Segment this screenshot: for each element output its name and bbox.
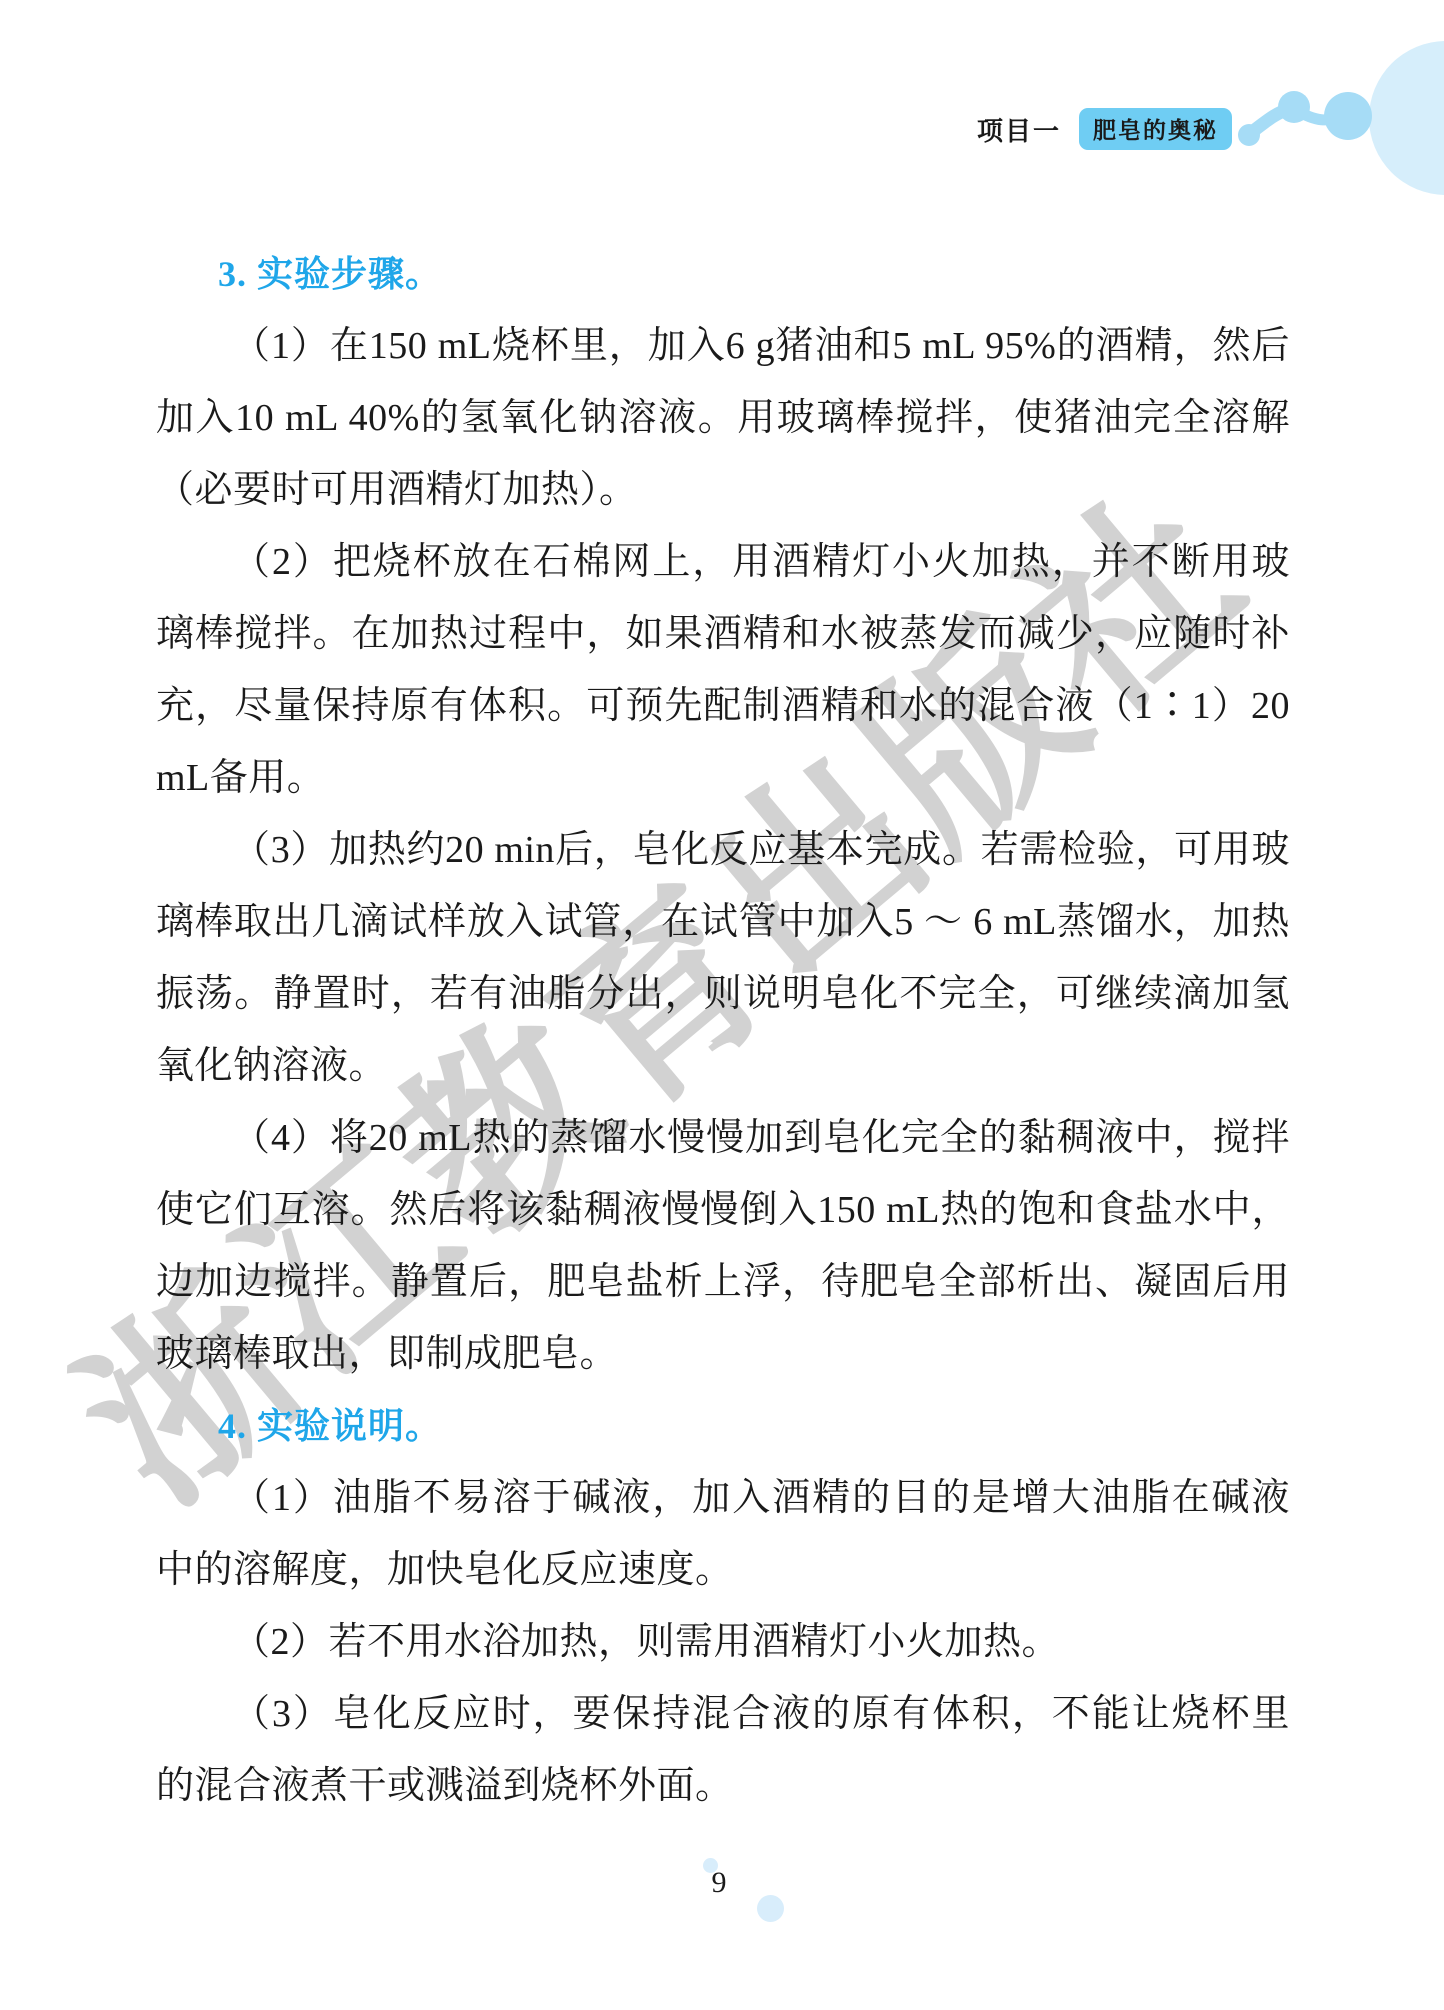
section-heading-experiment-notes: 4. 实验说明。: [156, 1390, 1290, 1462]
dot-decoration-large-icon: [757, 1895, 784, 1922]
paragraph-step-2: （2）把烧杯放在石棉网上，用酒精灯小火加热，并不断用玻璃棒搅拌。在加热过程中，如…: [156, 526, 1290, 814]
project-label: 项目一: [977, 111, 1061, 148]
paragraph-note-1: （1）油脂不易溶于碱液，加入酒精的目的是增大油脂在碱液中的溶解度，加快皂化反应速…: [156, 1462, 1290, 1606]
bubble-decoration-icon: [1230, 28, 1444, 198]
section-heading-experiment-steps: 3. 实验步骤。: [156, 238, 1290, 310]
textbook-page: 项目一 肥皂的奥秘 浙江教育出版社 3. 实验步骤。 （1）在150 mL烧杯里…: [0, 0, 1444, 2010]
page-content: 3. 实验步骤。 （1）在150 mL烧杯里，加入6 g猪油和5 mL 95%的…: [156, 238, 1290, 1822]
paragraph-note-2: （2）若不用水浴加热，则需用酒精灯小火加热。: [156, 1606, 1290, 1678]
paragraph-step-4: （4）将20 mL热的蒸馏水慢慢加到皂化完全的黏稠液中，搅拌使它们互溶。然后将该…: [156, 1102, 1290, 1390]
paragraph-step-1: （1）在150 mL烧杯里，加入6 g猪油和5 mL 95%的酒精，然后加入10…: [156, 310, 1290, 526]
page-number: 9: [697, 1866, 741, 1900]
page-header: 项目一 肥皂的奥秘: [977, 108, 1232, 150]
paragraph-note-3: （3）皂化反应时，要保持混合液的原有体积，不能让烧杯里的混合液煮干或溅溢到烧杯外…: [156, 1678, 1290, 1822]
paragraph-step-3: （3）加热约20 min后，皂化反应基本完成。若需检验，可用玻璃棒取出几滴试样放…: [156, 814, 1290, 1102]
chapter-badge: 肥皂的奥秘: [1079, 108, 1232, 150]
